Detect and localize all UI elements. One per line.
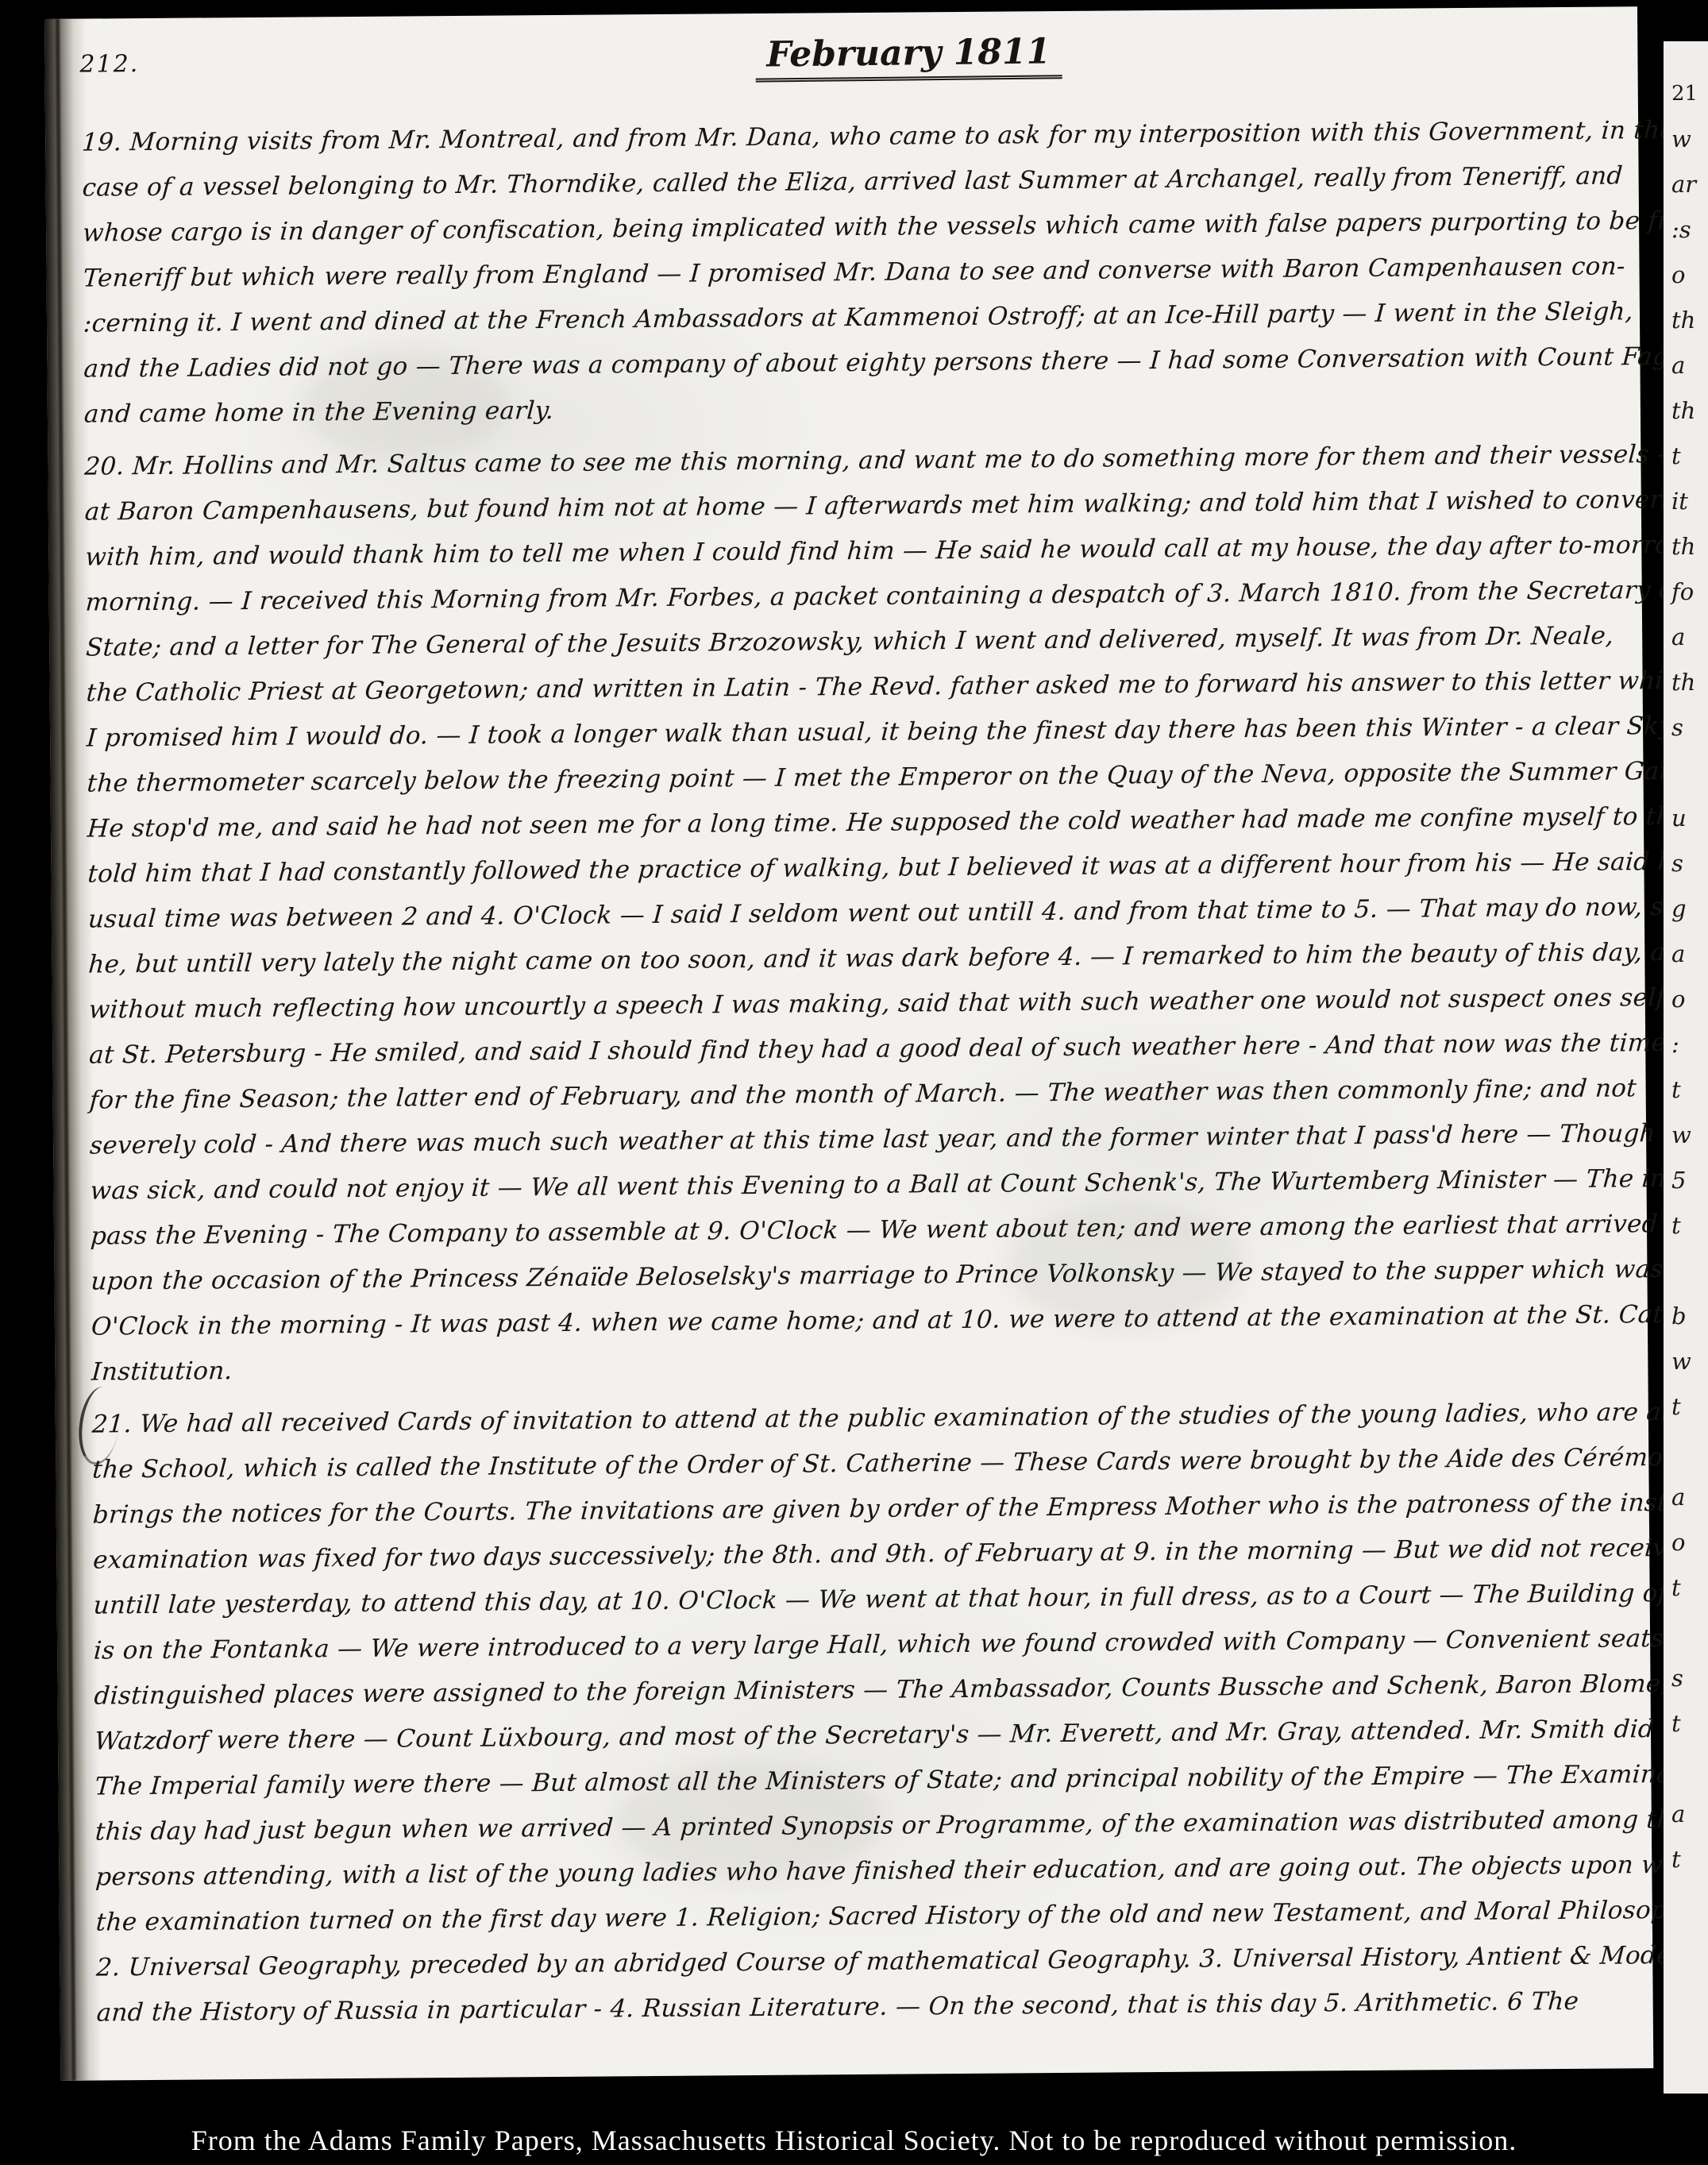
next-page-text-fragment: a [1671, 615, 1698, 660]
next-page-text-fragment [1671, 1611, 1698, 1656]
next-page-text-fragment: th [1671, 388, 1698, 434]
next-page-text-fragment: s [1671, 841, 1698, 886]
next-page-text-fragment: th [1671, 298, 1698, 343]
next-page-sliver: 21war:sothathtitthfoathsusgao:tw5tbwtaot… [1664, 41, 1708, 2094]
next-page-text-fragment: b [1671, 1294, 1698, 1339]
next-page-text-fragment: a [1671, 1792, 1698, 1837]
diary-entry-20: 20. Mr. Hollins and Mr. Saltus came to s… [84, 432, 1633, 1395]
next-page-text-fragment: w [1671, 1339, 1698, 1384]
diary-entry-19: 19. Morning visits from Mr. Montreal, an… [82, 108, 1626, 437]
next-page-text-fragment: w [1671, 1113, 1698, 1158]
next-page-text-fragment: fo [1671, 569, 1698, 615]
next-page-text-fragment: th [1671, 524, 1698, 569]
next-page-text-fragment [1671, 1746, 1698, 1792]
next-page-fragments: 21war:sothathtitthfoathsusgao:tw5tbwtaot… [1671, 71, 1698, 1882]
next-page-text-fragment: g [1671, 886, 1698, 932]
next-page-text-fragment: u [1671, 796, 1698, 841]
page-number: 212. [79, 50, 139, 79]
next-page-text-fragment [1671, 1430, 1698, 1475]
next-page-text-fragment: t [1671, 1203, 1698, 1248]
next-page-text-fragment: t [1671, 1067, 1698, 1113]
next-page-text-fragment: t [1671, 1384, 1698, 1430]
next-page-text-fragment: s [1671, 705, 1698, 751]
diary-text: 19. Morning visits from Mr. Montreal, an… [82, 108, 1639, 2036]
next-page-text-fragment: o [1671, 977, 1698, 1022]
next-page-text-fragment: ar [1671, 162, 1698, 207]
diary-entry-21: 21. We had all received Cards of invitat… [92, 1390, 1639, 2036]
next-page-text-fragment: o [1671, 1520, 1698, 1565]
manuscript-page: 212. February 1811 19. Morning visits fr… [44, 6, 1653, 2081]
archive-caption: From the Adams Family Papers, Massachuse… [0, 2124, 1708, 2157]
next-page-text-fragment: w [1671, 117, 1698, 162]
next-page-text-fragment: t [1671, 434, 1698, 479]
next-page-text-fragment: o [1671, 253, 1698, 298]
next-page-text-fragment: a [1671, 1475, 1698, 1520]
next-page-text-fragment: th [1671, 660, 1698, 705]
page-title: February 1811 [755, 31, 1062, 82]
next-page-text-fragment: a [1671, 932, 1698, 977]
next-page-text-fragment: a [1671, 343, 1698, 388]
scanned-document-screenshot: { "page": { "page_number": "212.", "head… [0, 0, 1708, 2165]
next-page-text-fragment: 21 [1671, 71, 1698, 117]
next-page-text-fragment: :s [1671, 207, 1698, 253]
next-page-text-fragment: t [1671, 1701, 1698, 1746]
next-page-text-fragment: s [1671, 1656, 1698, 1701]
next-page-text-fragment: : [1671, 1022, 1698, 1067]
next-page-text-fragment: 5 [1671, 1158, 1698, 1203]
next-page-text-fragment [1671, 1248, 1698, 1294]
next-page-text-fragment: t [1671, 1837, 1698, 1882]
next-page-text-fragment: t [1671, 1565, 1698, 1611]
next-page-text-fragment: it [1671, 479, 1698, 524]
next-page-text-fragment [1671, 751, 1698, 796]
